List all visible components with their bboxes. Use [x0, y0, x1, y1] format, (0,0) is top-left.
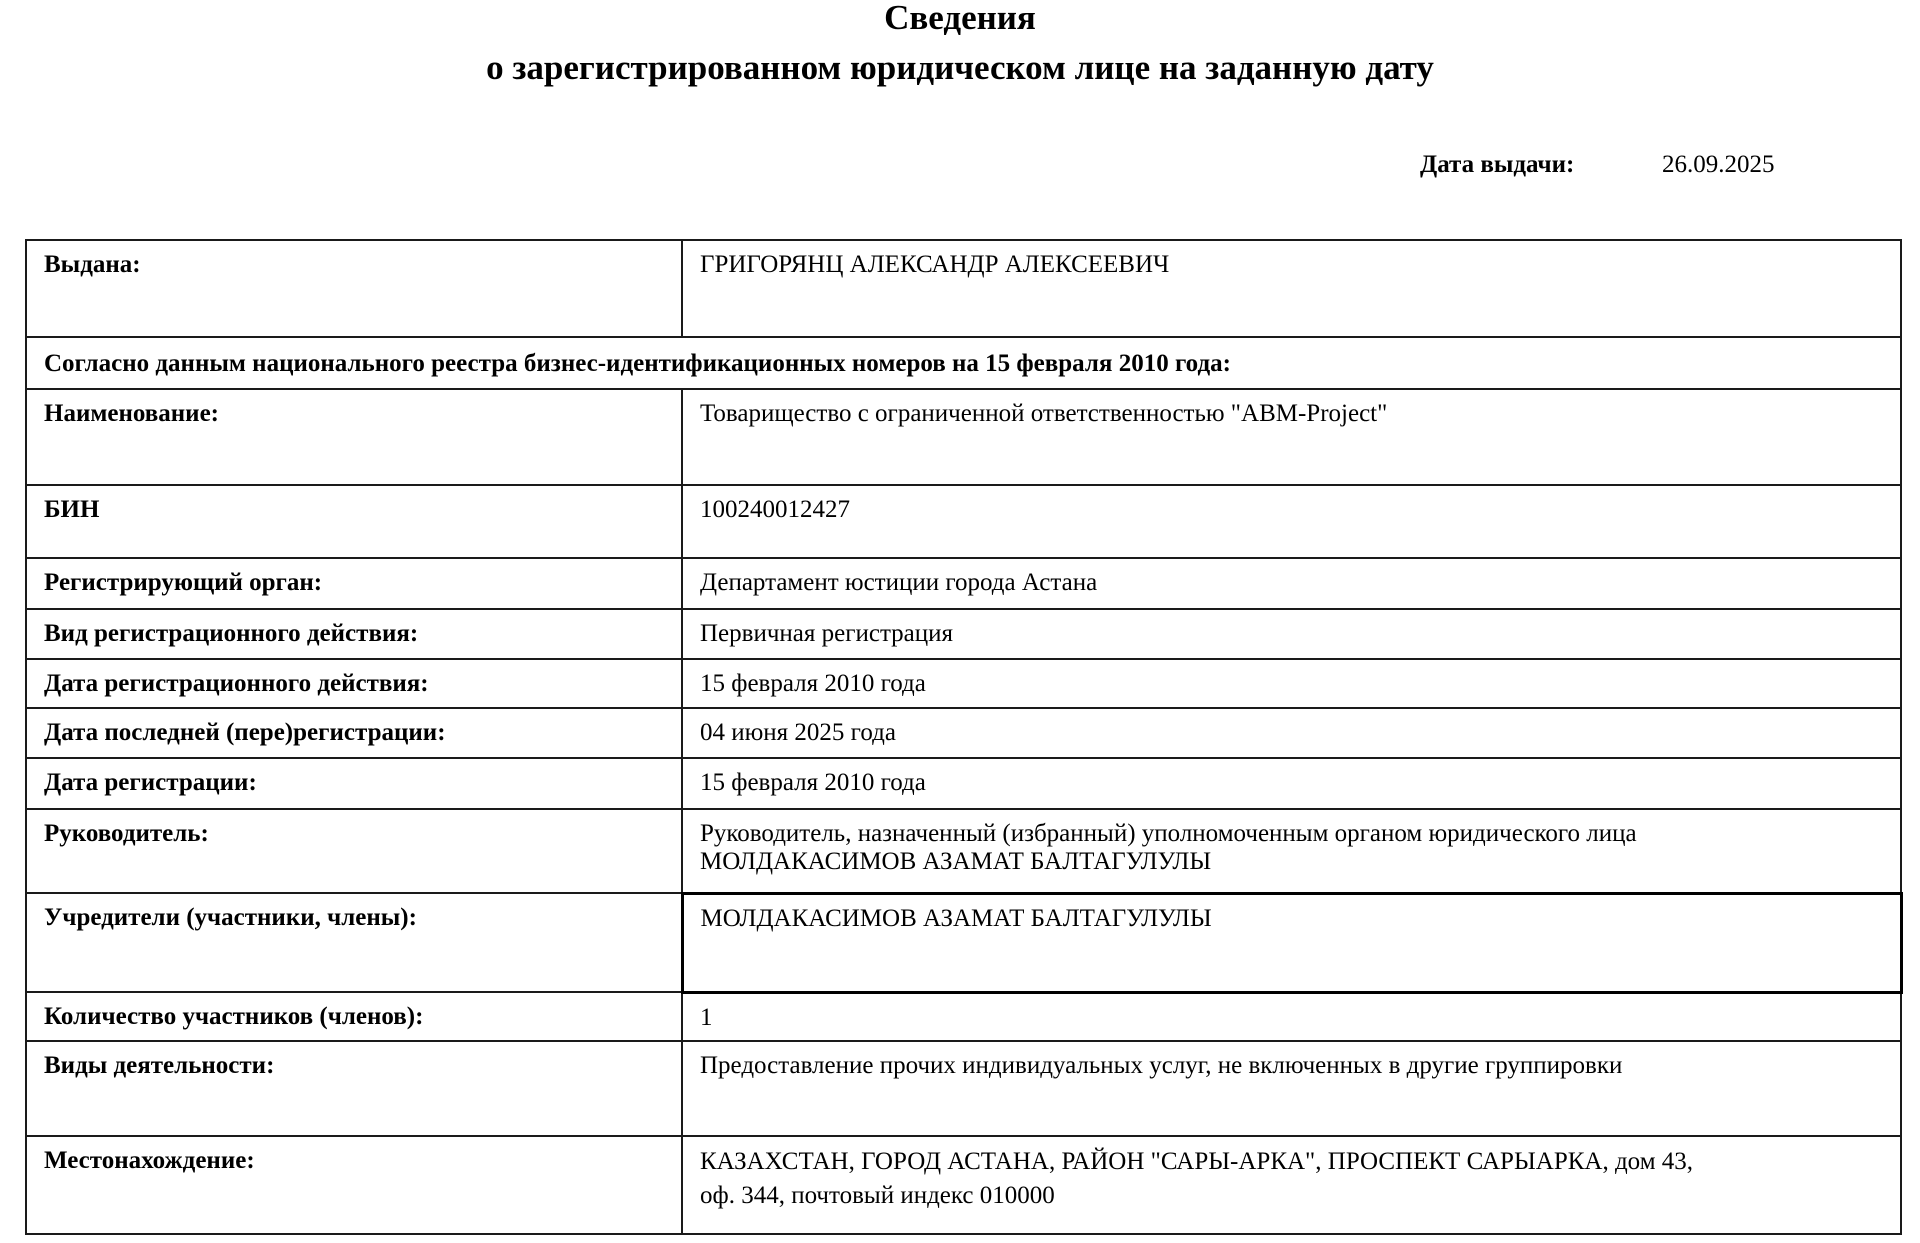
- member-count-label: Количество участников (членов):: [26, 992, 682, 1041]
- table-row-last-reregistration: Дата последней (пере)регистрации: 04 июн…: [26, 708, 1901, 758]
- registering-body-value: Департамент юстиции города Астана: [682, 558, 1901, 609]
- head-person: МОЛДАКАСИМОВ АЗАМАТ БАЛТАГУЛУЛЫ: [700, 848, 1883, 876]
- last-reregistration-value: 04 июня 2025 года: [682, 708, 1901, 758]
- table-row-action-date: Дата регистрационного действия: 15 февра…: [26, 659, 1901, 708]
- head-label: Руководитель:: [26, 809, 682, 893]
- table-row-head: Руководитель: Руководитель, назначенный …: [26, 809, 1901, 893]
- document-subtitle: о зарегистрированном юридическом лице на…: [0, 48, 1920, 88]
- table-row-activities: Виды деятельности: Предоставление прочих…: [26, 1041, 1901, 1136]
- activities-value: Предоставление прочих индивидуальных усл…: [682, 1041, 1901, 1136]
- table-row-action-type: Вид регистрационного действия: Первичная…: [26, 609, 1901, 659]
- table-row-registration-date: Дата регистрации: 15 февраля 2010 года: [26, 758, 1901, 809]
- table-row-bin: БИН 100240012427: [26, 485, 1901, 558]
- table-row-name: Наименование: Товарищество с ограниченно…: [26, 389, 1901, 485]
- last-reregistration-label: Дата последней (пере)регистрации:: [26, 708, 682, 758]
- head-position: Руководитель, назначенный (избранный) уп…: [700, 820, 1883, 848]
- action-type-label: Вид регистрационного действия:: [26, 609, 682, 659]
- table-row-issued-to: Выдана: ГРИГОРЯНЦ АЛЕКСАНДР АЛЕКСЕЕВИЧ: [26, 240, 1901, 337]
- issue-date-value: 26.09.2025: [1662, 151, 1775, 178]
- registration-date-label: Дата регистрации:: [26, 758, 682, 809]
- table-row-registry-note: Согласно данным национального реестра би…: [26, 337, 1901, 389]
- issue-date: Дата выдачи:26.09.2025: [1420, 150, 1775, 180]
- registration-date-value: 15 февраля 2010 года: [682, 758, 1901, 809]
- head-value: Руководитель, назначенный (избранный) уп…: [682, 809, 1901, 893]
- table-row-registering-body: Регистрирующий орган: Департамент юстици…: [26, 558, 1901, 609]
- location-value: КАЗАХСТАН, ГОРОД АСТАНА, РАЙОН "САРЫ-АРК…: [682, 1136, 1901, 1234]
- location-line-1: КАЗАХСТАН, ГОРОД АСТАНА, РАЙОН "САРЫ-АРК…: [700, 1145, 1883, 1179]
- founders-value: МОЛДАКАСИМОВ АЗАМАТ БАЛТАГУЛУЛЫ: [682, 893, 1901, 992]
- activities-label: Виды деятельности:: [26, 1041, 682, 1136]
- action-type-value: Первичная регистрация: [682, 609, 1901, 659]
- table-row-founders: Учредители (участники, члены): МОЛДАКАСИ…: [26, 893, 1901, 992]
- name-value: Товарищество с ограниченной ответственно…: [682, 389, 1901, 485]
- document-title: Сведения: [0, 0, 1920, 38]
- table-row-member-count: Количество участников (членов): 1: [26, 992, 1901, 1041]
- table-row-location: Местонахождение: КАЗАХСТАН, ГОРОД АСТАНА…: [26, 1136, 1901, 1234]
- bin-label: БИН: [26, 485, 682, 558]
- action-date-label: Дата регистрационного действия:: [26, 659, 682, 708]
- issue-date-label: Дата выдачи:: [1420, 150, 1662, 180]
- bin-value: 100240012427: [682, 485, 1901, 558]
- founders-label: Учредители (участники, члены):: [26, 893, 682, 992]
- location-line-2: оф. 344, почтовый индекс 010000: [700, 1179, 1883, 1213]
- issued-to-label: Выдана:: [26, 240, 682, 337]
- member-count-value: 1: [682, 992, 1901, 1041]
- issued-to-value: ГРИГОРЯНЦ АЛЕКСАНДР АЛЕКСЕЕВИЧ: [682, 240, 1901, 337]
- registering-body-label: Регистрирующий орган:: [26, 558, 682, 609]
- registry-note: Согласно данным национального реестра би…: [26, 337, 1901, 389]
- action-date-value: 15 февраля 2010 года: [682, 659, 1901, 708]
- name-label: Наименование:: [26, 389, 682, 485]
- location-label: Местонахождение:: [26, 1136, 682, 1234]
- registration-info-table: Выдана: ГРИГОРЯНЦ АЛЕКСАНДР АЛЕКСЕЕВИЧ С…: [25, 239, 1903, 1235]
